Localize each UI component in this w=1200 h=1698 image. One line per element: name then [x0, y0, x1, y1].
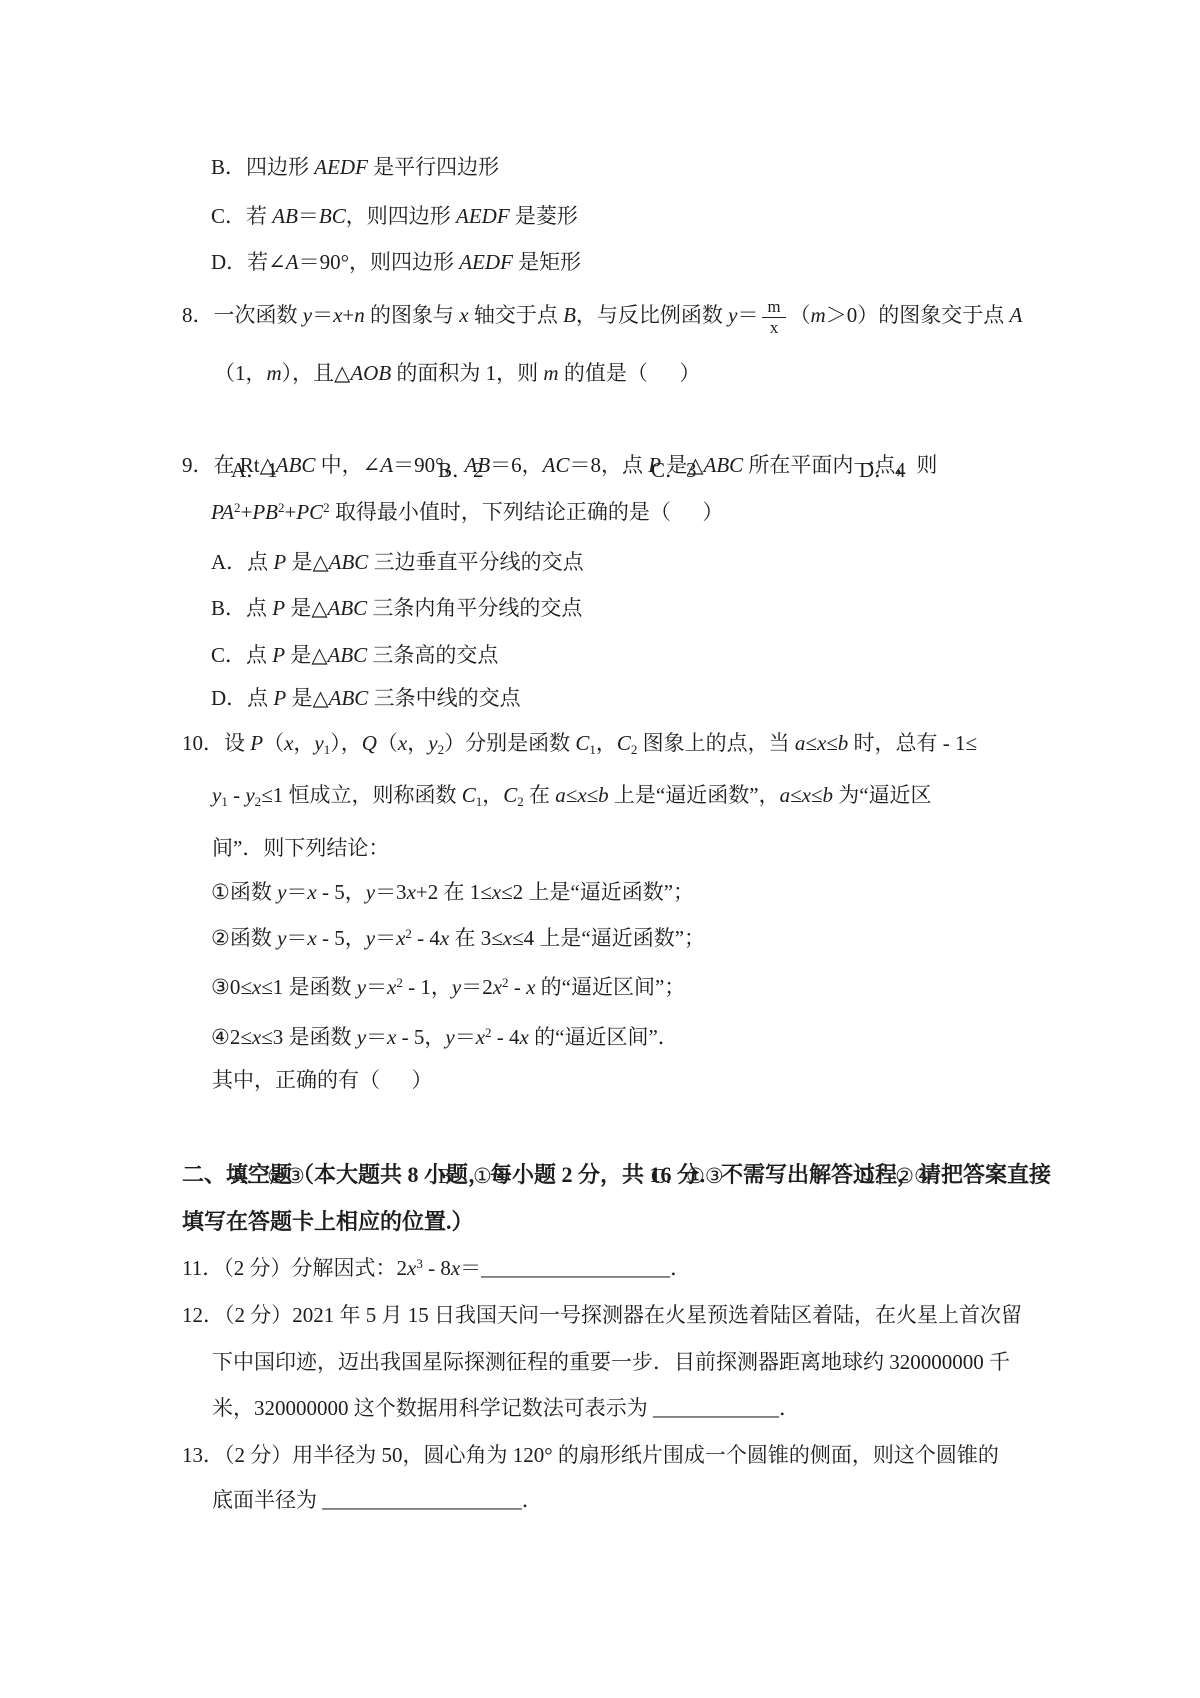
- q7-option-b: B．四边形 AEDF 是平行四边形: [211, 143, 499, 191]
- q11-answer-blank: __________________: [481, 1256, 670, 1280]
- text-run: 13．（2 分）用半径为 50，圆心角为 120° 的扇形纸片围成一个圆锥的侧面…: [182, 1443, 999, 1467]
- q8-stem-line1-pre: 8．一次函数 y＝x+n 的图象与 x 轴交于点 B，与反比例函数 y＝: [182, 303, 758, 327]
- text-run: m: [811, 303, 826, 327]
- text-run: ），: [330, 731, 362, 755]
- text-run: 间”．则下列结论：: [212, 836, 389, 860]
- text-run: y: [428, 731, 437, 755]
- text-run: m: [267, 361, 282, 385]
- text-run: ≤: [566, 783, 578, 807]
- fraction-denominator: x: [762, 318, 785, 337]
- text-run: 10．设: [182, 731, 250, 755]
- text-run: y: [277, 926, 286, 950]
- text-run: 9．在 Rt△: [182, 453, 276, 477]
- text-run: ＝90°，则四边形: [299, 250, 460, 274]
- text-run: （: [377, 731, 398, 755]
- text-run: x: [396, 926, 405, 950]
- text-run: ，与反比例函数: [576, 303, 728, 327]
- text-run: AEDF: [459, 250, 513, 274]
- text-run: ④2≤: [211, 1025, 252, 1049]
- text-run: 是△: [286, 550, 328, 574]
- text-run: x: [802, 783, 811, 807]
- text-run: +: [342, 303, 354, 327]
- text-run: m: [543, 361, 558, 385]
- text-run: x: [307, 926, 316, 950]
- text-run: x: [407, 880, 416, 904]
- text-run: 是矩形: [513, 250, 581, 274]
- q9-stem-line2: PA2+PB2+PC2 取得最小值时，下列结论正确的是（ ）: [211, 488, 723, 539]
- text-run: 2: [405, 926, 412, 941]
- text-run: 2: [631, 742, 638, 757]
- q13-suffix: ．: [522, 1488, 543, 1512]
- q10-item-1: ①函数 y＝x - 5，y＝3x+2 在 1≤x≤2 上是“逼近函数”；: [211, 868, 694, 916]
- text-run: ABC: [328, 596, 368, 620]
- text-run: 为“逼近区: [833, 783, 932, 807]
- q13-answer-blank: ___________________: [322, 1488, 522, 1512]
- text-run: ，: [293, 731, 314, 755]
- q7-option-d: D．若∠A＝90°，则四边形 AEDF 是矩形: [211, 238, 581, 286]
- text-run: C: [575, 731, 589, 755]
- text-run: ＞0）的图象交于点: [826, 303, 1010, 327]
- text-run: ）分别是函数: [444, 731, 575, 755]
- text-run: 时，总有 - 1≤: [848, 731, 977, 755]
- text-run: ≤3 是函数: [261, 1025, 357, 1049]
- text-run: 2: [278, 500, 285, 515]
- text-run: AB: [465, 453, 491, 477]
- text-run: ≤: [790, 783, 802, 807]
- text-run: 是△: [285, 596, 327, 620]
- text-run: 3: [416, 1256, 423, 1271]
- text-run: ＝: [312, 303, 333, 327]
- text-run: 是△: [285, 643, 327, 667]
- text-run: - 1，: [403, 975, 452, 999]
- text-run: - 8: [423, 1256, 451, 1280]
- text-run: 2: [502, 975, 509, 990]
- text-run: x: [577, 783, 586, 807]
- text-run: D．若∠: [211, 250, 286, 274]
- text-run: ≤: [826, 731, 838, 755]
- text-run: y: [245, 783, 254, 807]
- text-run: 三条高的交点: [367, 643, 498, 667]
- text-run: B: [563, 303, 576, 327]
- text-run: 是菱形: [510, 204, 578, 228]
- text-run: +: [240, 500, 252, 524]
- text-run: ABC: [329, 686, 369, 710]
- text-run: 是△: [286, 686, 328, 710]
- text-run: ABC: [276, 453, 316, 477]
- text-run: x: [398, 731, 407, 755]
- text-run: ABC: [704, 453, 744, 477]
- text-run: P: [272, 643, 285, 667]
- text-run: 1: [324, 742, 331, 757]
- text-run: n: [354, 303, 365, 327]
- text-run: b: [822, 783, 833, 807]
- text-run: 在 3≤: [449, 926, 503, 950]
- text-run: A: [1009, 303, 1022, 327]
- exam-page: B．四边形 AEDF 是平行四边形 C．若 AB＝BC，则四边形 AEDF 是菱…: [0, 0, 1200, 1698]
- text-run: 的值是（ ）: [559, 361, 701, 385]
- q13-line2: 底面半径为 ___________________．: [212, 1476, 543, 1524]
- q7-option-c: C．若 AB＝BC，则四边形 AEDF 是菱形: [211, 192, 578, 240]
- text-run: 2: [323, 500, 330, 515]
- text-run: C．点: [211, 643, 272, 667]
- text-run: P: [648, 453, 661, 477]
- text-run: - 4: [492, 1025, 520, 1049]
- text-run: x: [817, 731, 826, 755]
- text-run: ＝6，: [490, 453, 543, 477]
- text-run: x: [284, 731, 293, 755]
- text-run: x: [440, 926, 449, 950]
- text-run: ≤4 上是“逼近函数”；: [512, 926, 705, 950]
- text-run: y: [357, 1025, 366, 1049]
- text-run: y: [452, 975, 461, 999]
- text-run: ABC: [328, 643, 368, 667]
- text-run: 其中，正确的有（ ）: [212, 1068, 433, 1092]
- q12-line2: 下中国印迹，迈出我国星际探测征程的重要一步．目前探测器距离地球约 3200000…: [212, 1338, 1010, 1386]
- text-run: AC: [543, 453, 570, 477]
- text-run: ②函数: [211, 926, 277, 950]
- text-run: AOB: [350, 361, 391, 385]
- text-run: ＝: [286, 880, 307, 904]
- q10-item-2: ②函数 y＝x - 5，y＝x2 - 4x 在 3≤x≤4 上是“逼近函数”；: [211, 914, 705, 965]
- text-run: ≤: [805, 731, 817, 755]
- q10-stem-line1: 10．设 P（x，y1），Q（x，y2）分别是函数 C1，C2 图象上的点，当 …: [182, 719, 977, 770]
- q11-line: 11．（2 分）分解因式：2x3 - 8x＝__________________…: [182, 1244, 691, 1295]
- section2-header-line2: 填写在答题卡上相应的位置.）: [182, 1198, 474, 1246]
- text-run: x: [252, 975, 261, 999]
- text-run: 三边垂直平分线的交点: [368, 550, 583, 574]
- text-run: -: [509, 975, 527, 999]
- text-run: 的“逼近区间”；: [535, 975, 685, 999]
- q11-stem: 11．（2 分）分解因式：2x3 - 8x＝: [182, 1256, 481, 1280]
- q8-stem-line2: （1，m），且△AOB 的面积为 1，则 m 的值是（ ）: [214, 349, 700, 397]
- text-run: P: [272, 596, 285, 620]
- text-run: PC: [296, 500, 323, 524]
- text-run: ≤2 上是“逼近函数”；: [501, 880, 694, 904]
- q10-closing: 其中，正确的有（ ）: [212, 1056, 433, 1104]
- q12-line3: 米，320000000 这个数据用科学记数法可表示为 ____________．: [212, 1384, 800, 1432]
- text-run: 2: [517, 794, 524, 809]
- text-run: 三条中线的交点: [368, 686, 520, 710]
- text-run: x: [252, 1025, 261, 1049]
- text-run: +2 在 1≤: [416, 880, 492, 904]
- text-run: x: [493, 975, 502, 999]
- text-run: a: [795, 731, 806, 755]
- text-run: y: [303, 303, 312, 327]
- q9-option-b: B．点 P 是△ABC 三条内角平分线的交点: [211, 584, 582, 632]
- text-run: ，: [596, 731, 617, 755]
- text-run: x: [451, 1256, 460, 1280]
- section2-header-line1: 二、填空题（本大题共 8 小题，每小题 2 分，共 16 分．不需写出解答过程，…: [182, 1151, 1051, 1199]
- text-run: AEDF: [314, 155, 368, 179]
- text-run: 图象上的点，当: [637, 731, 795, 755]
- text-run: 2: [234, 500, 241, 515]
- fraction-m-over-x: mx: [762, 298, 785, 336]
- text-run: b: [598, 783, 609, 807]
- text-run: x: [492, 880, 501, 904]
- q12-answer-blank: ____________: [653, 1396, 779, 1420]
- text-run: A．点: [211, 550, 273, 574]
- text-run: BC: [319, 204, 346, 228]
- text-run: （: [263, 731, 284, 755]
- text-run: ，: [407, 731, 428, 755]
- text-run: - 5，: [317, 880, 366, 904]
- text-run: x: [526, 975, 535, 999]
- text-run: AEDF: [456, 204, 510, 228]
- q12-suffix: ．: [779, 1396, 800, 1420]
- text-run: 2: [438, 742, 445, 757]
- text-run: 三条内角平分线的交点: [367, 596, 582, 620]
- text-run: ≤: [587, 783, 599, 807]
- q10-stem-line3: 间”．则下列结论：: [212, 824, 389, 872]
- text-run: - 5，: [396, 1025, 445, 1049]
- text-run: -: [228, 783, 246, 807]
- text-run: 12．（2 分）2021 年 5 月 15 日我国天问一号探测器在火星预选着陆区…: [182, 1303, 1022, 1327]
- text-run: P: [273, 686, 286, 710]
- text-run: x: [503, 926, 512, 950]
- text-run: 11．（2 分）分解因式：2: [182, 1256, 407, 1280]
- text-run: ＝3: [375, 880, 407, 904]
- text-run: ＝: [366, 975, 387, 999]
- text-run: 的面积为 1，则: [391, 361, 543, 385]
- fraction-numerator: m: [762, 298, 785, 318]
- text-run: C: [617, 731, 631, 755]
- text-run: y: [366, 926, 375, 950]
- text-run: ≤1 是函数: [261, 975, 357, 999]
- text-run: x: [387, 1025, 396, 1049]
- text-run: ＝: [737, 303, 758, 327]
- text-run: 上是“逼近函数”，: [609, 783, 780, 807]
- text-run: P: [250, 731, 263, 755]
- text-run: - 5，: [317, 926, 366, 950]
- q9-option-d: D．点 P 是△ABC 三条中线的交点: [211, 674, 521, 722]
- q11-suffix: ．: [670, 1256, 691, 1280]
- text-run: ，则四边形: [346, 204, 456, 228]
- text-run: C．若: [211, 204, 272, 228]
- q9-stem-line1: 9．在 Rt△ABC 中，∠A＝90°，AB＝6，AC＝8，点 P 是△ABC …: [182, 441, 937, 489]
- text-run: B．点: [211, 596, 272, 620]
- text-run: 2: [485, 1025, 492, 1040]
- text-run: 中，∠: [315, 453, 380, 477]
- text-run: ③0≤: [211, 975, 252, 999]
- text-run: ＝: [366, 1025, 387, 1049]
- text-run: P: [273, 550, 286, 574]
- q9-option-a: A．点 P 是△ABC 三边垂直平分线的交点: [211, 538, 584, 586]
- text-run: 1: [476, 794, 483, 809]
- text-run: x: [307, 880, 316, 904]
- text-run: ＝: [298, 204, 319, 228]
- text-run: A: [380, 453, 393, 477]
- text-run: C: [503, 783, 517, 807]
- text-run: ＝: [460, 1256, 481, 1280]
- text-run: 底面半径为: [212, 1488, 322, 1512]
- text-run: （: [790, 303, 811, 327]
- text-run: ＝8，点: [570, 453, 649, 477]
- text-run: 下中国印迹，迈出我国星际探测征程的重要一步．目前探测器距离地球约 3200000…: [212, 1350, 1010, 1374]
- text-run: A: [286, 250, 299, 274]
- text-run: （1，: [214, 361, 267, 385]
- text-run: PB: [252, 500, 278, 524]
- text-run: 2: [255, 794, 262, 809]
- text-run: ABC: [329, 550, 369, 574]
- text-run: x: [333, 303, 342, 327]
- text-run: 米，320000000 这个数据用科学记数法可表示为: [212, 1396, 653, 1420]
- text-run: ＝: [455, 1025, 476, 1049]
- text-run: +: [284, 500, 296, 524]
- text-run: y: [357, 975, 366, 999]
- q8-stem-line1: 8．一次函数 y＝x+n 的图象与 x 轴交于点 B，与反比例函数 y＝mx（m…: [182, 291, 1022, 339]
- text-run: b: [838, 731, 849, 755]
- q13-line2-text: 底面半径为: [212, 1488, 322, 1512]
- text-run: x: [459, 303, 468, 327]
- q12-line3-text: 米，320000000 这个数据用科学记数法可表示为: [212, 1396, 653, 1420]
- text-run: ，: [482, 783, 503, 807]
- text-run: 的图象与: [365, 303, 460, 327]
- text-run: 是△: [661, 453, 703, 477]
- text-run: D．点: [211, 686, 273, 710]
- text-run: 轴交于点: [469, 303, 564, 327]
- text-run: PA: [211, 500, 234, 524]
- text-run: 所在平面内一点，则: [743, 453, 937, 477]
- text-run: Q: [362, 731, 377, 755]
- text-run: 是平行四边形: [368, 155, 499, 179]
- text-run: 1: [589, 742, 596, 757]
- text-run: x: [407, 1256, 416, 1280]
- q12-line1: 12．（2 分）2021 年 5 月 15 日我国天问一号探测器在火星预选着陆区…: [182, 1291, 1022, 1339]
- text-run: 的“逼近区间”．: [529, 1025, 679, 1049]
- text-run: 在: [524, 783, 556, 807]
- text-run: ＝: [286, 926, 307, 950]
- text-run: x: [387, 975, 396, 999]
- text-run: ≤1 恒成立，则称函数: [261, 783, 462, 807]
- text-run: ），且△: [282, 361, 351, 385]
- text-run: 8．一次函数: [182, 303, 303, 327]
- text-run: 2: [396, 975, 403, 990]
- q10-stem-line2: y1 - y2≤1 恒成立，则称函数 C1，C2 在 a≤x≤b 上是“逼近函数…: [212, 771, 932, 822]
- q9-option-c: C．点 P 是△ABC 三条高的交点: [211, 631, 498, 679]
- text-run: ＝90°，: [393, 453, 464, 477]
- text-run: a: [780, 783, 791, 807]
- text-run: 取得最小值时，下列结论正确的是（ ）: [330, 500, 724, 524]
- text-run: ＝: [375, 926, 396, 950]
- text-run: y: [445, 1025, 454, 1049]
- text-run: x: [476, 1025, 485, 1049]
- text-run: 1: [221, 794, 228, 809]
- text-run: ≤: [811, 783, 823, 807]
- text-run: B．四边形: [211, 155, 314, 179]
- text-run: AB: [272, 204, 298, 228]
- text-run: y: [277, 880, 286, 904]
- text-run: x: [520, 1025, 529, 1049]
- text-run: y: [366, 880, 375, 904]
- text-run: ①函数: [211, 880, 277, 904]
- text-run: a: [555, 783, 566, 807]
- text-run: y: [212, 783, 221, 807]
- text-run: C: [462, 783, 476, 807]
- q13-line1: 13．（2 分）用半径为 50，圆心角为 120° 的扇形纸片围成一个圆锥的侧面…: [182, 1431, 999, 1479]
- text-run: y: [314, 731, 323, 755]
- text-run: - 4: [412, 926, 440, 950]
- q10-item-3: ③0≤x≤1 是函数 y＝x2 - 1，y＝2x2 - x 的“逼近区间”；: [211, 963, 685, 1014]
- text-run: ＝2: [461, 975, 493, 999]
- q8-stem-line1-post: （m＞0）的图象交于点 A: [790, 303, 1023, 327]
